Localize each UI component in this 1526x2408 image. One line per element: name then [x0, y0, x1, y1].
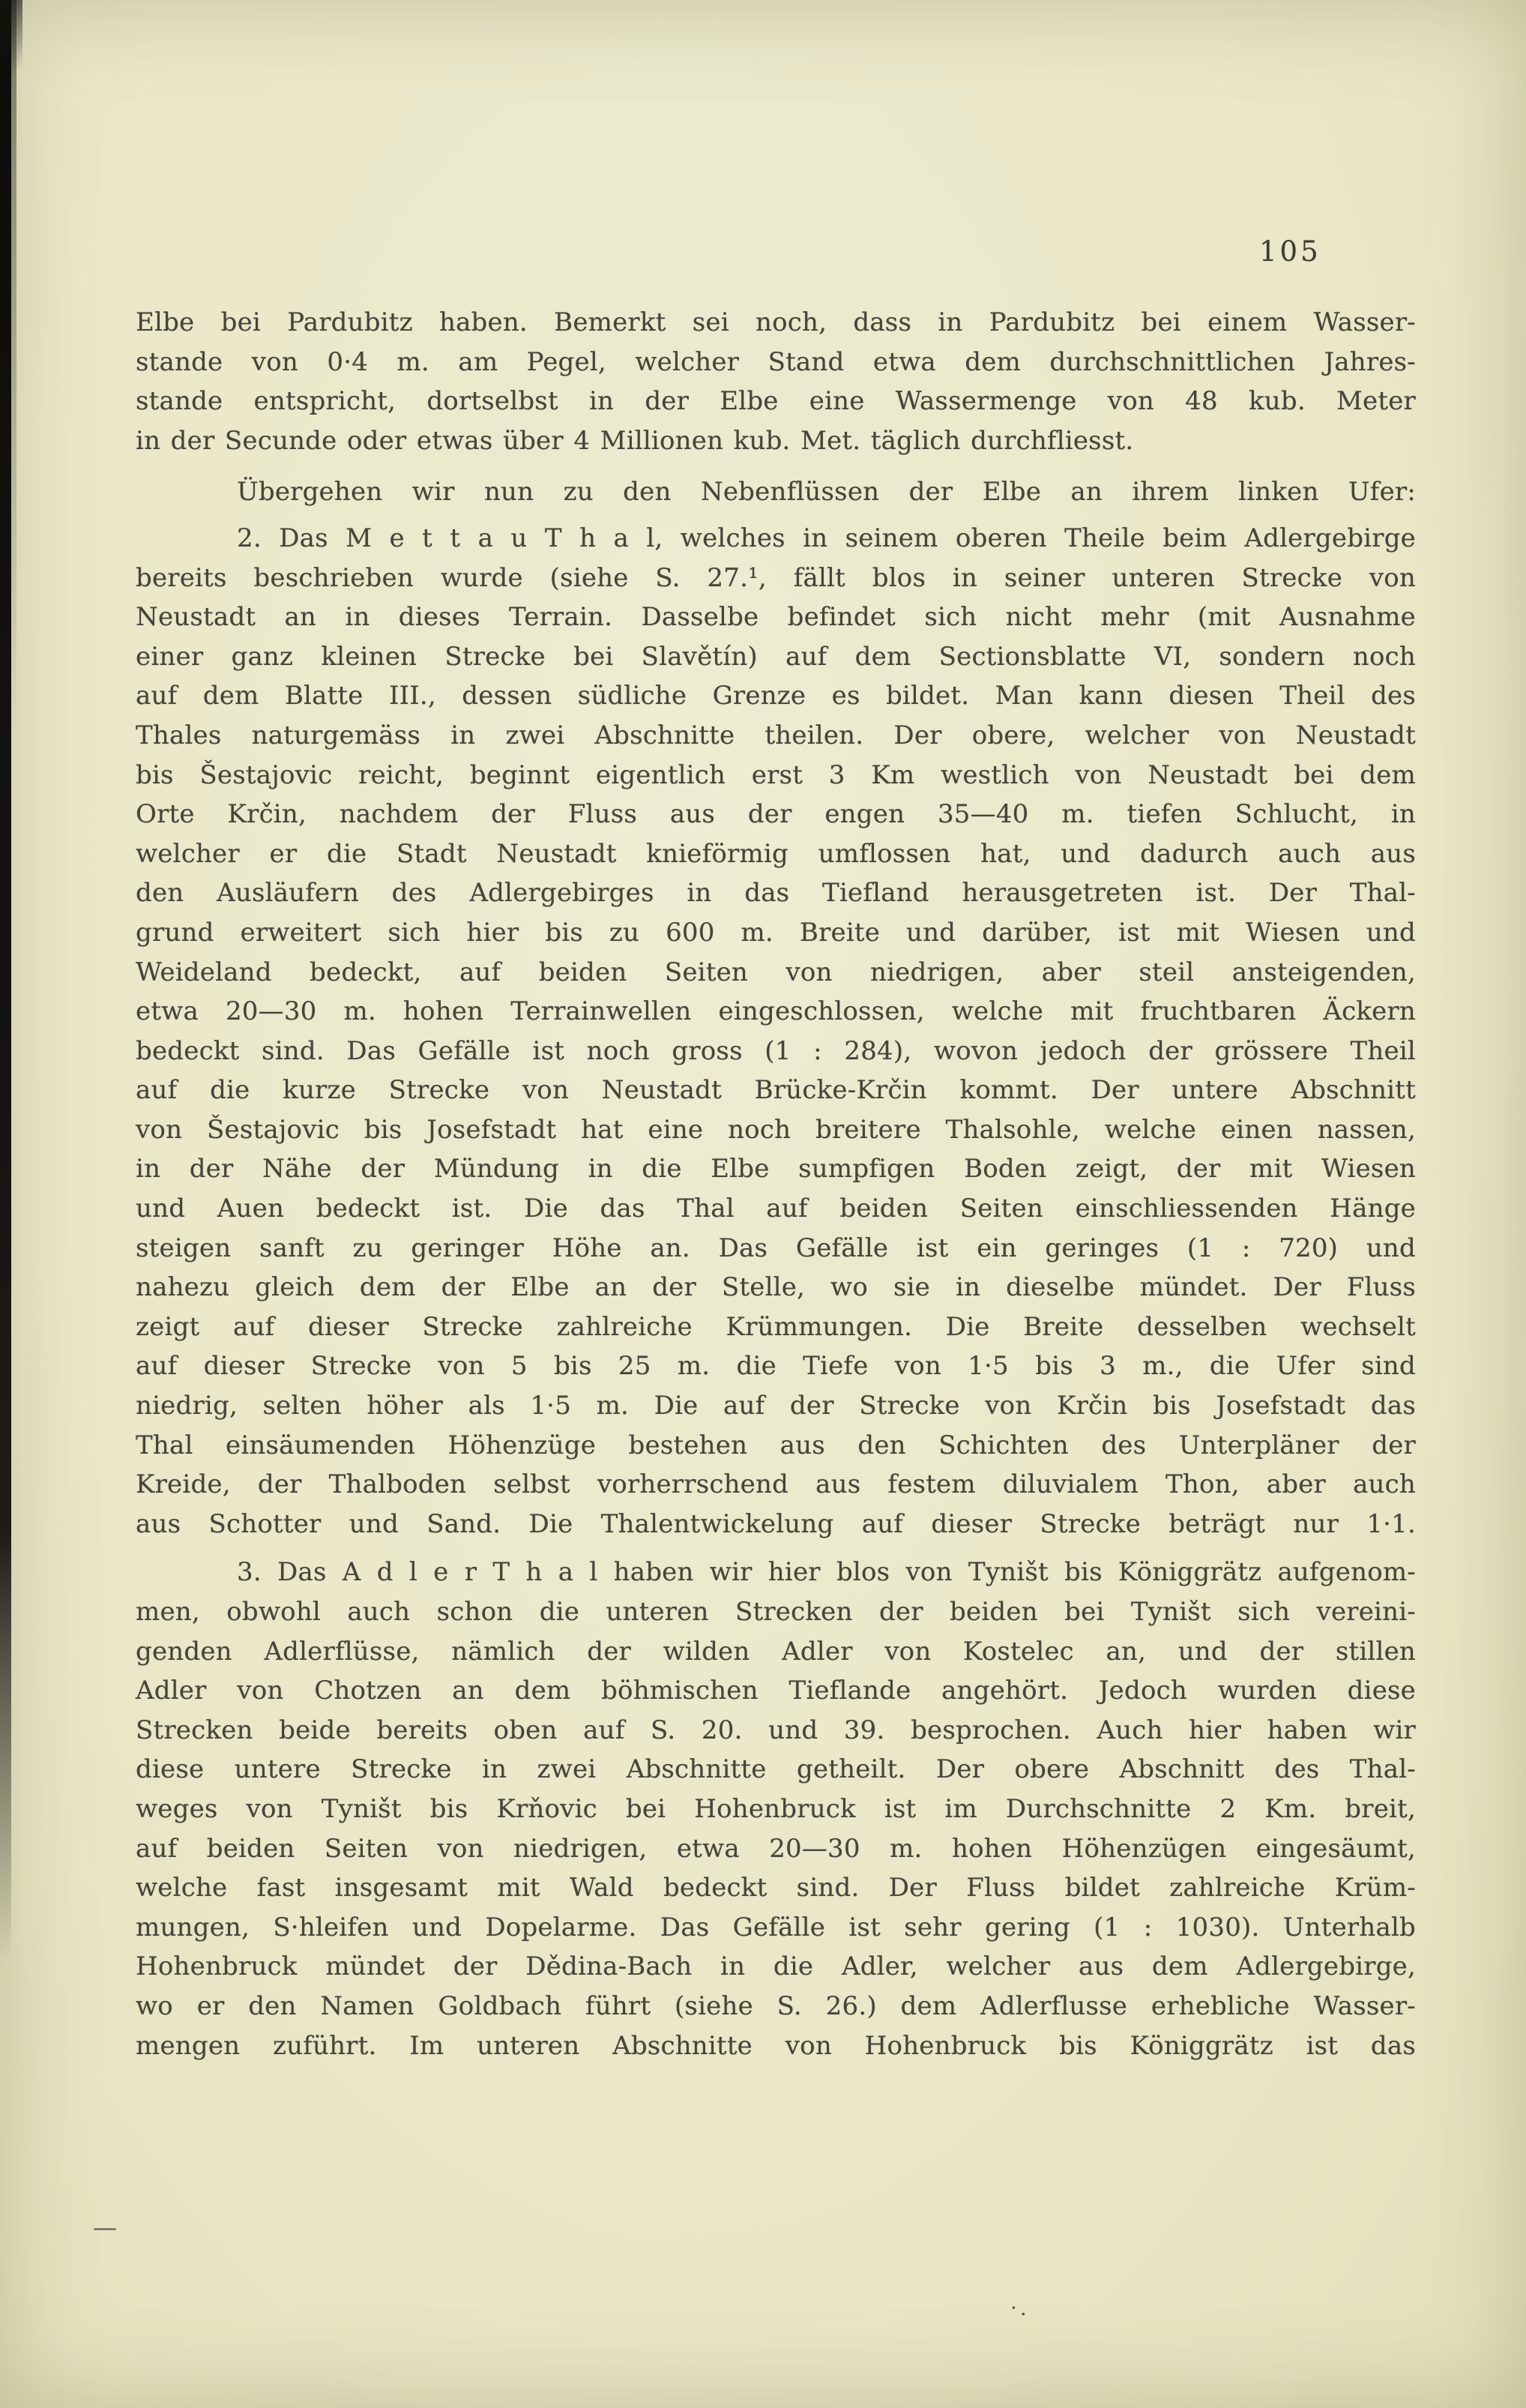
paragraph: 3. Das A d l e r T h a l haben wir hier … [136, 1553, 1416, 2065]
paragraph: 2. Das M e t t a u T h a l, welches in s… [136, 519, 1416, 1544]
text-line: Hohenbruck mündet der Dědina-Bach in die… [136, 1947, 1416, 1987]
paragraph: Übergehen wir nun zu den Nebenflüssen de… [136, 472, 1416, 512]
text-line: Orte Krčin, nachdem der Fluss aus der en… [136, 795, 1416, 834]
text-line: mengen zuführt. Im unteren Abschnitte vo… [136, 2026, 1416, 2066]
text-line: von Šestajovic bis Josefstadt hat eine n… [136, 1110, 1416, 1150]
text-line: diese untere Strecke in zwei Abschnitte … [136, 1750, 1416, 1790]
text-line: mungen, S·hleifen und Dopelarme. Das Gef… [136, 1908, 1416, 1948]
text-line: bis Šestajovic reicht, beginnt eigentlic… [136, 756, 1416, 795]
text-line: steigen sanft zu geringer Höhe an. Das G… [136, 1229, 1416, 1268]
text-line: aus Schotter und Sand. Die Thalentwickel… [136, 1505, 1416, 1544]
text-line: genden Adlerflüsse, nämlich der wilden A… [136, 1632, 1416, 1672]
text-line: den Ausläufern des Adlergebirges in das … [136, 873, 1416, 913]
bottom-ink-specks: ·. [1010, 2296, 1030, 2320]
binding-shadow-inner [11, 0, 16, 735]
scanned-book-page: 105 Elbe bei Pardubitz haben. Bemerkt se… [0, 0, 1526, 2408]
text-line: grund erweitert sich hier bis zu 600 m. … [136, 913, 1416, 953]
text-line: wo er den Namen Goldbach führt (siehe S.… [136, 1987, 1416, 2026]
text-line: auf dem Blatte III., dessen südliche Gre… [136, 676, 1416, 716]
text-line: Übergehen wir nun zu den Nebenflüssen de… [136, 472, 1416, 512]
text-line: niedrig, selten höher als 1·5 m. Die auf… [136, 1386, 1416, 1426]
text-line: Adler von Chotzen an dem böhmischen Tief… [136, 1671, 1416, 1711]
text-line: Elbe bei Pardubitz haben. Bemerkt sei no… [136, 303, 1416, 343]
text-line: Strecken beide bereits oben auf S. 20. u… [136, 1711, 1416, 1751]
text-line: bedeckt sind. Das Gefälle ist noch gross… [136, 1032, 1416, 1071]
text-line: Kreide, der Thalboden selbst vorherrsche… [136, 1465, 1416, 1505]
text-line: welche fast insgesamt mit Wald bedeckt s… [136, 1868, 1416, 1908]
text-line: zeigt auf dieser Strecke zahlreiche Krüm… [136, 1307, 1416, 1347]
text-line: Neustadt an in dieses Terrain. Dasselbe … [136, 598, 1416, 637]
text-line: stande entspricht, dortselbst in der Elb… [136, 382, 1416, 421]
page-number: 105 [1259, 235, 1321, 268]
margin-dash-mark: — [93, 2213, 117, 2242]
text-line: auf die kurze Strecke von Neustadt Brück… [136, 1071, 1416, 1110]
text-line: bereits beschrieben wurde (siehe S. 27.¹… [136, 559, 1416, 598]
text-line: auf dieser Strecke von 5 bis 25 m. die T… [136, 1346, 1416, 1386]
text-line: in der Secunde oder etwas über 4 Million… [136, 421, 1416, 461]
text-line: 3. Das A d l e r T h a l haben wir hier … [136, 1553, 1416, 1592]
text-line: etwa 20—30 m. hohen Terrainwellen einges… [136, 992, 1416, 1032]
text-line: Thal einsäumenden Höhenzüge bestehen aus… [136, 1426, 1416, 1466]
text-line: in der Nähe der Mündung in die Elbe sump… [136, 1149, 1416, 1189]
text-line: men, obwohl auch schon die unteren Strec… [136, 1592, 1416, 1632]
text-line: welcher er die Stadt Neustadt knieförmig… [136, 834, 1416, 874]
text-line: weges von Tyništ bis Krňovic bei Hohenbr… [136, 1790, 1416, 1829]
text-line: einer ganz kleinen Strecke bei Slavětín)… [136, 637, 1416, 677]
paragraph: Elbe bei Pardubitz haben. Bemerkt sei no… [136, 303, 1416, 460]
text-line: und Auen bedeckt ist. Die das Thal auf b… [136, 1189, 1416, 1229]
text-line: Weideland bedeckt, auf beiden Seiten von… [136, 953, 1416, 993]
text-block: Elbe bei Pardubitz haben. Bemerkt sei no… [136, 303, 1416, 2065]
text-line: stande von 0·4 m. am Pegel, welcher Stan… [136, 343, 1416, 382]
text-line: auf beiden Seiten von niedrigen, etwa 20… [136, 1829, 1416, 1869]
text-line: Thales naturgemäss in zwei Abschnitte th… [136, 716, 1416, 756]
text-line: nahezu gleich dem der Elbe an der Stelle… [136, 1268, 1416, 1307]
corner-shadow [0, 0, 22, 90]
text-line: 2. Das M e t t a u T h a l, welches in s… [136, 519, 1416, 559]
binding-shadow [0, 0, 11, 1964]
